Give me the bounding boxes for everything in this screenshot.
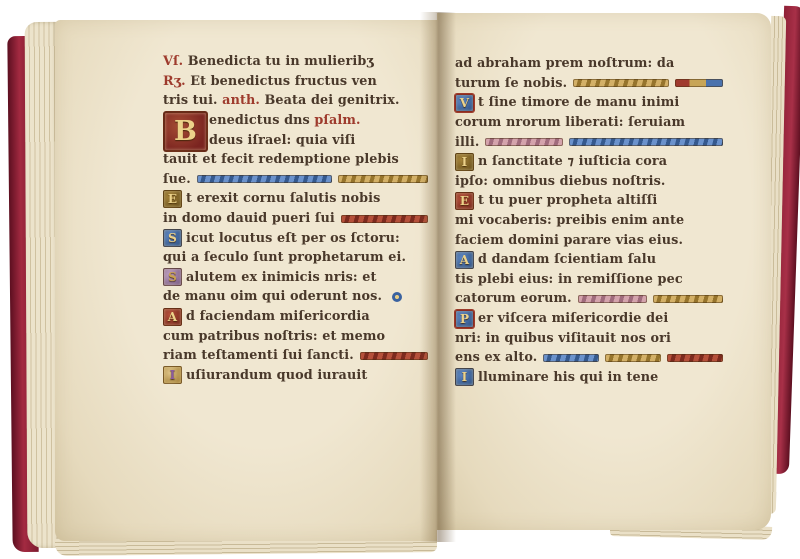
body-text: d dandam ſcientiam ſalu xyxy=(478,252,656,267)
body-text: catorum eorum. xyxy=(455,291,572,306)
text-line: In ſanctitate ⁊ iuſticia cora xyxy=(455,152,723,172)
body-text: t erexit cornu ſalutis nobis xyxy=(186,191,380,206)
text-line: tis plebi eius: in remiſſione pec xyxy=(455,270,723,290)
text-line: riam teſtamenti ſui ſancti. xyxy=(163,346,428,366)
text-line: Iuſiurandum quod iurauit xyxy=(163,366,428,386)
line-filler-pink xyxy=(485,138,562,146)
body-text: corum nrorum liberati: ſeruiam xyxy=(455,115,685,130)
rubric-text: anth. xyxy=(222,93,264,108)
text-line: Et tu puer propheta altiſſi xyxy=(455,191,723,211)
text-line: cum patribus noſtris: et memo xyxy=(163,326,428,346)
illuminated-initial: I xyxy=(163,366,182,384)
body-text: t ſine timore de manu inimi xyxy=(478,95,679,110)
text-line: illi. xyxy=(455,132,723,152)
manuscript-photo: Vſ. Benedicta tu in mulieribʒRʒ. Et bene… xyxy=(0,0,800,559)
rubric-text: pſalm. xyxy=(314,113,360,128)
body-text: icut locutus eſt per os ſctoru: xyxy=(186,231,400,246)
body-text: lluminare his qui in tene xyxy=(478,370,658,385)
line-filler-gold xyxy=(605,354,661,362)
body-text: er viſcera miſericordie dei xyxy=(478,311,668,326)
text-line: ad abraham prem noſtrum: da xyxy=(455,54,723,74)
body-text: alutem ex inimicis nris: et xyxy=(186,270,377,285)
illuminated-initial: E xyxy=(163,190,182,208)
line-filler-pink xyxy=(578,295,648,303)
manuscript-page-left: Vſ. Benedicta tu in mulieribʒRʒ. Et bene… xyxy=(55,20,437,541)
illuminated-initial: A xyxy=(163,308,182,326)
body-text: Beata dei genitrix. xyxy=(265,93,400,108)
text-line: catorum eorum. xyxy=(455,289,723,309)
text-column-right: ad abraham prem noſtrum: daturum ſe nobi… xyxy=(455,54,723,387)
body-text: ens ex alto. xyxy=(455,350,537,365)
illuminated-initial: P xyxy=(455,310,474,328)
rubric-text: Rʒ. xyxy=(163,74,190,89)
text-column-left: Vſ. Benedicta tu in mulieribʒRʒ. Et bene… xyxy=(163,52,428,385)
line-filler-blue xyxy=(197,175,332,183)
text-line: faciem domini parare vias eius. xyxy=(455,230,723,250)
line-filler-gold xyxy=(338,175,428,183)
body-text: t tu puer propheta altiſſi xyxy=(478,193,657,208)
text-line: ſue. xyxy=(163,170,428,190)
text-line: Salutem ex inimicis nris: et xyxy=(163,268,428,288)
text-line: Sicut locutus eſt per os ſctoru: xyxy=(163,228,428,248)
line-filler-blue xyxy=(569,138,723,146)
line-filler-blue xyxy=(543,354,599,362)
text-line: Vſ. Benedicta tu in mulieribʒ xyxy=(163,52,428,72)
manuscript-page-right: ad abraham prem noſtrum: daturum ſe nobi… xyxy=(437,13,771,530)
open-book: Vſ. Benedicta tu in mulieribʒRʒ. Et bene… xyxy=(0,0,800,559)
line-filler-dot xyxy=(392,292,402,302)
line-filler-red xyxy=(341,215,428,223)
text-line: Vt ſine timore de manu inimi xyxy=(455,93,723,113)
text-line: ens ex alto. xyxy=(455,348,723,368)
text-line: mi vocaberis: preibis enim ante xyxy=(455,211,723,231)
text-line: nri: in quibus viſitauit nos ori xyxy=(455,328,723,348)
line-filler-red xyxy=(360,352,428,360)
text-line: tris tui. anth. Beata dei genitrix. xyxy=(163,91,428,111)
body-text: ad abraham prem noſtrum: da xyxy=(455,56,674,71)
line-filler-gold xyxy=(573,79,669,87)
text-line: de manu oim qui oderunt nos. xyxy=(163,287,428,307)
body-text: ſue. xyxy=(163,172,191,187)
text-line: ipſo: omnibus diebus noſtris. xyxy=(455,172,723,192)
body-text: faciem domini parare vias eius. xyxy=(455,233,683,248)
body-text: uſiurandum quod iurauit xyxy=(186,368,367,383)
text-line: Et erexit cornu ſalutis nobis xyxy=(163,189,428,209)
body-text: turum ſe nobis. xyxy=(455,76,567,91)
body-text: illi. xyxy=(455,135,479,150)
body-text: nri: in quibus viſitauit nos ori xyxy=(455,331,671,346)
text-line: turum ſe nobis. xyxy=(455,74,723,94)
body-text: ipſo: omnibus diebus noſtris. xyxy=(455,174,665,189)
body-text: tauit et fecit redemptione plebis xyxy=(163,152,399,167)
body-text: de manu oim qui oderunt nos. xyxy=(163,289,382,304)
illuminated-initial: S xyxy=(163,268,182,286)
gutter-shadow xyxy=(420,12,456,542)
body-text: enedictus dns xyxy=(209,113,314,128)
illuminated-initial: I xyxy=(455,368,474,386)
illuminated-initial: I xyxy=(455,153,474,171)
body-text: mi vocaberis: preibis enim ante xyxy=(455,213,684,228)
body-text: deus iſrael: quia viſi xyxy=(209,133,355,148)
text-line: Ad faciendam miſericordia xyxy=(163,307,428,327)
illuminated-initial: S xyxy=(163,229,182,247)
text-line: Illuminare his qui in tene xyxy=(455,368,723,388)
body-text: qui a ſeculo ſunt prophetarum ei. xyxy=(163,250,406,265)
text-line: Ad dandam ſcientiam ſalu xyxy=(455,250,723,270)
illuminated-initial: E xyxy=(455,192,474,210)
body-text: Et benedictus fructus ven xyxy=(190,74,377,89)
illuminated-initial: A xyxy=(455,251,474,269)
text-line: qui a ſeculo ſunt prophetarum ei. xyxy=(163,248,428,268)
line-filler-gold xyxy=(653,295,723,303)
body-text: n ſanctitate ⁊ iuſticia cora xyxy=(478,154,667,169)
body-text: d faciendam miſericordia xyxy=(186,309,370,324)
illuminated-initial: V xyxy=(455,94,474,112)
rubric-text: Vſ. xyxy=(163,54,188,69)
body-text: tis plebi eius: in remiſſione pec xyxy=(455,272,683,287)
illuminated-initial: B xyxy=(163,111,208,152)
body-text: tris tui. xyxy=(163,93,222,108)
body-text: in domo dauid pueri ſui xyxy=(163,211,335,226)
text-line: corum nrorum liberati: ſeruiam xyxy=(455,113,723,133)
line-filler-multi xyxy=(675,79,723,87)
text-line: Rʒ. Et benedictus fructus ven xyxy=(163,72,428,92)
body-text: riam teſtamenti ſui ſancti. xyxy=(163,348,354,363)
text-line: Per viſcera miſericordie dei xyxy=(455,309,723,329)
text-line: in domo dauid pueri ſui xyxy=(163,209,428,229)
body-text: Benedicta tu in mulieribʒ xyxy=(188,54,374,69)
line-filler-red xyxy=(667,354,723,362)
body-text: cum patribus noſtris: et memo xyxy=(163,329,385,344)
text-line: tauit et fecit redemptione plebis xyxy=(163,150,428,170)
